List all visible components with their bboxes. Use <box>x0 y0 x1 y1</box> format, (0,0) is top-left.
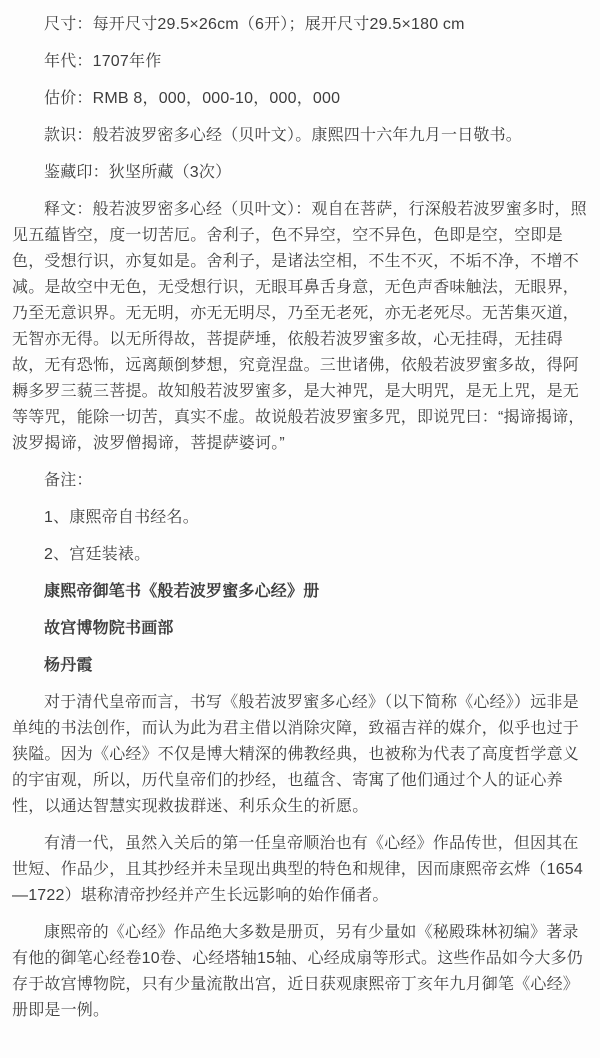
title-heading: 康熙帝御笔书《般若波罗蜜多心经》册 <box>12 579 587 605</box>
note-2: 2、宫廷装裱。 <box>12 542 587 568</box>
essay-paragraph-2: 有清一代，虽然入关后的第一任皇帝顺治也有《心经》作品传世，但因其在世短、作品少，… <box>12 831 587 909</box>
essay-paragraph-1: 对于清代皇帝而言，书写《般若波罗蜜多心经》（以下简称《心经》）远非是单纯的书法创… <box>12 690 587 820</box>
notes-label: 备注： <box>12 468 587 494</box>
author-heading: 杨丹霞 <box>12 653 587 679</box>
field-transcription: 释文：般若波罗密多心经（贝叶文）：观自在菩萨，行深般若波罗蜜多时，照见五蕴皆空，… <box>12 197 587 457</box>
field-inscription: 款识：般若波罗密多心经（贝叶文）。康熙四十六年九月一日敬书。 <box>12 123 587 149</box>
field-collector-seal: 鉴藏印：狄坚所藏（3次） <box>12 160 587 186</box>
note-1: 1、康熙帝自书经名。 <box>12 505 587 531</box>
field-year: 年代：1707年作 <box>12 49 587 75</box>
field-size: 尺寸：每开尺寸29.5×26cm（6开）；展开尺寸29.5×180 cm <box>12 12 587 38</box>
essay-paragraph-3: 康熙帝的《心经》作品绝大多数是册页，另有少量如《秘殿珠林初编》著录有他的御笔心经… <box>12 920 587 1024</box>
department-heading: 故宫博物院书画部 <box>12 616 587 642</box>
field-estimate: 估价：RMB 8，000，000-10，000，000 <box>12 86 587 112</box>
article: 尺寸：每开尺寸29.5×26cm（6开）；展开尺寸29.5×180 cm 年代：… <box>0 0 600 1043</box>
